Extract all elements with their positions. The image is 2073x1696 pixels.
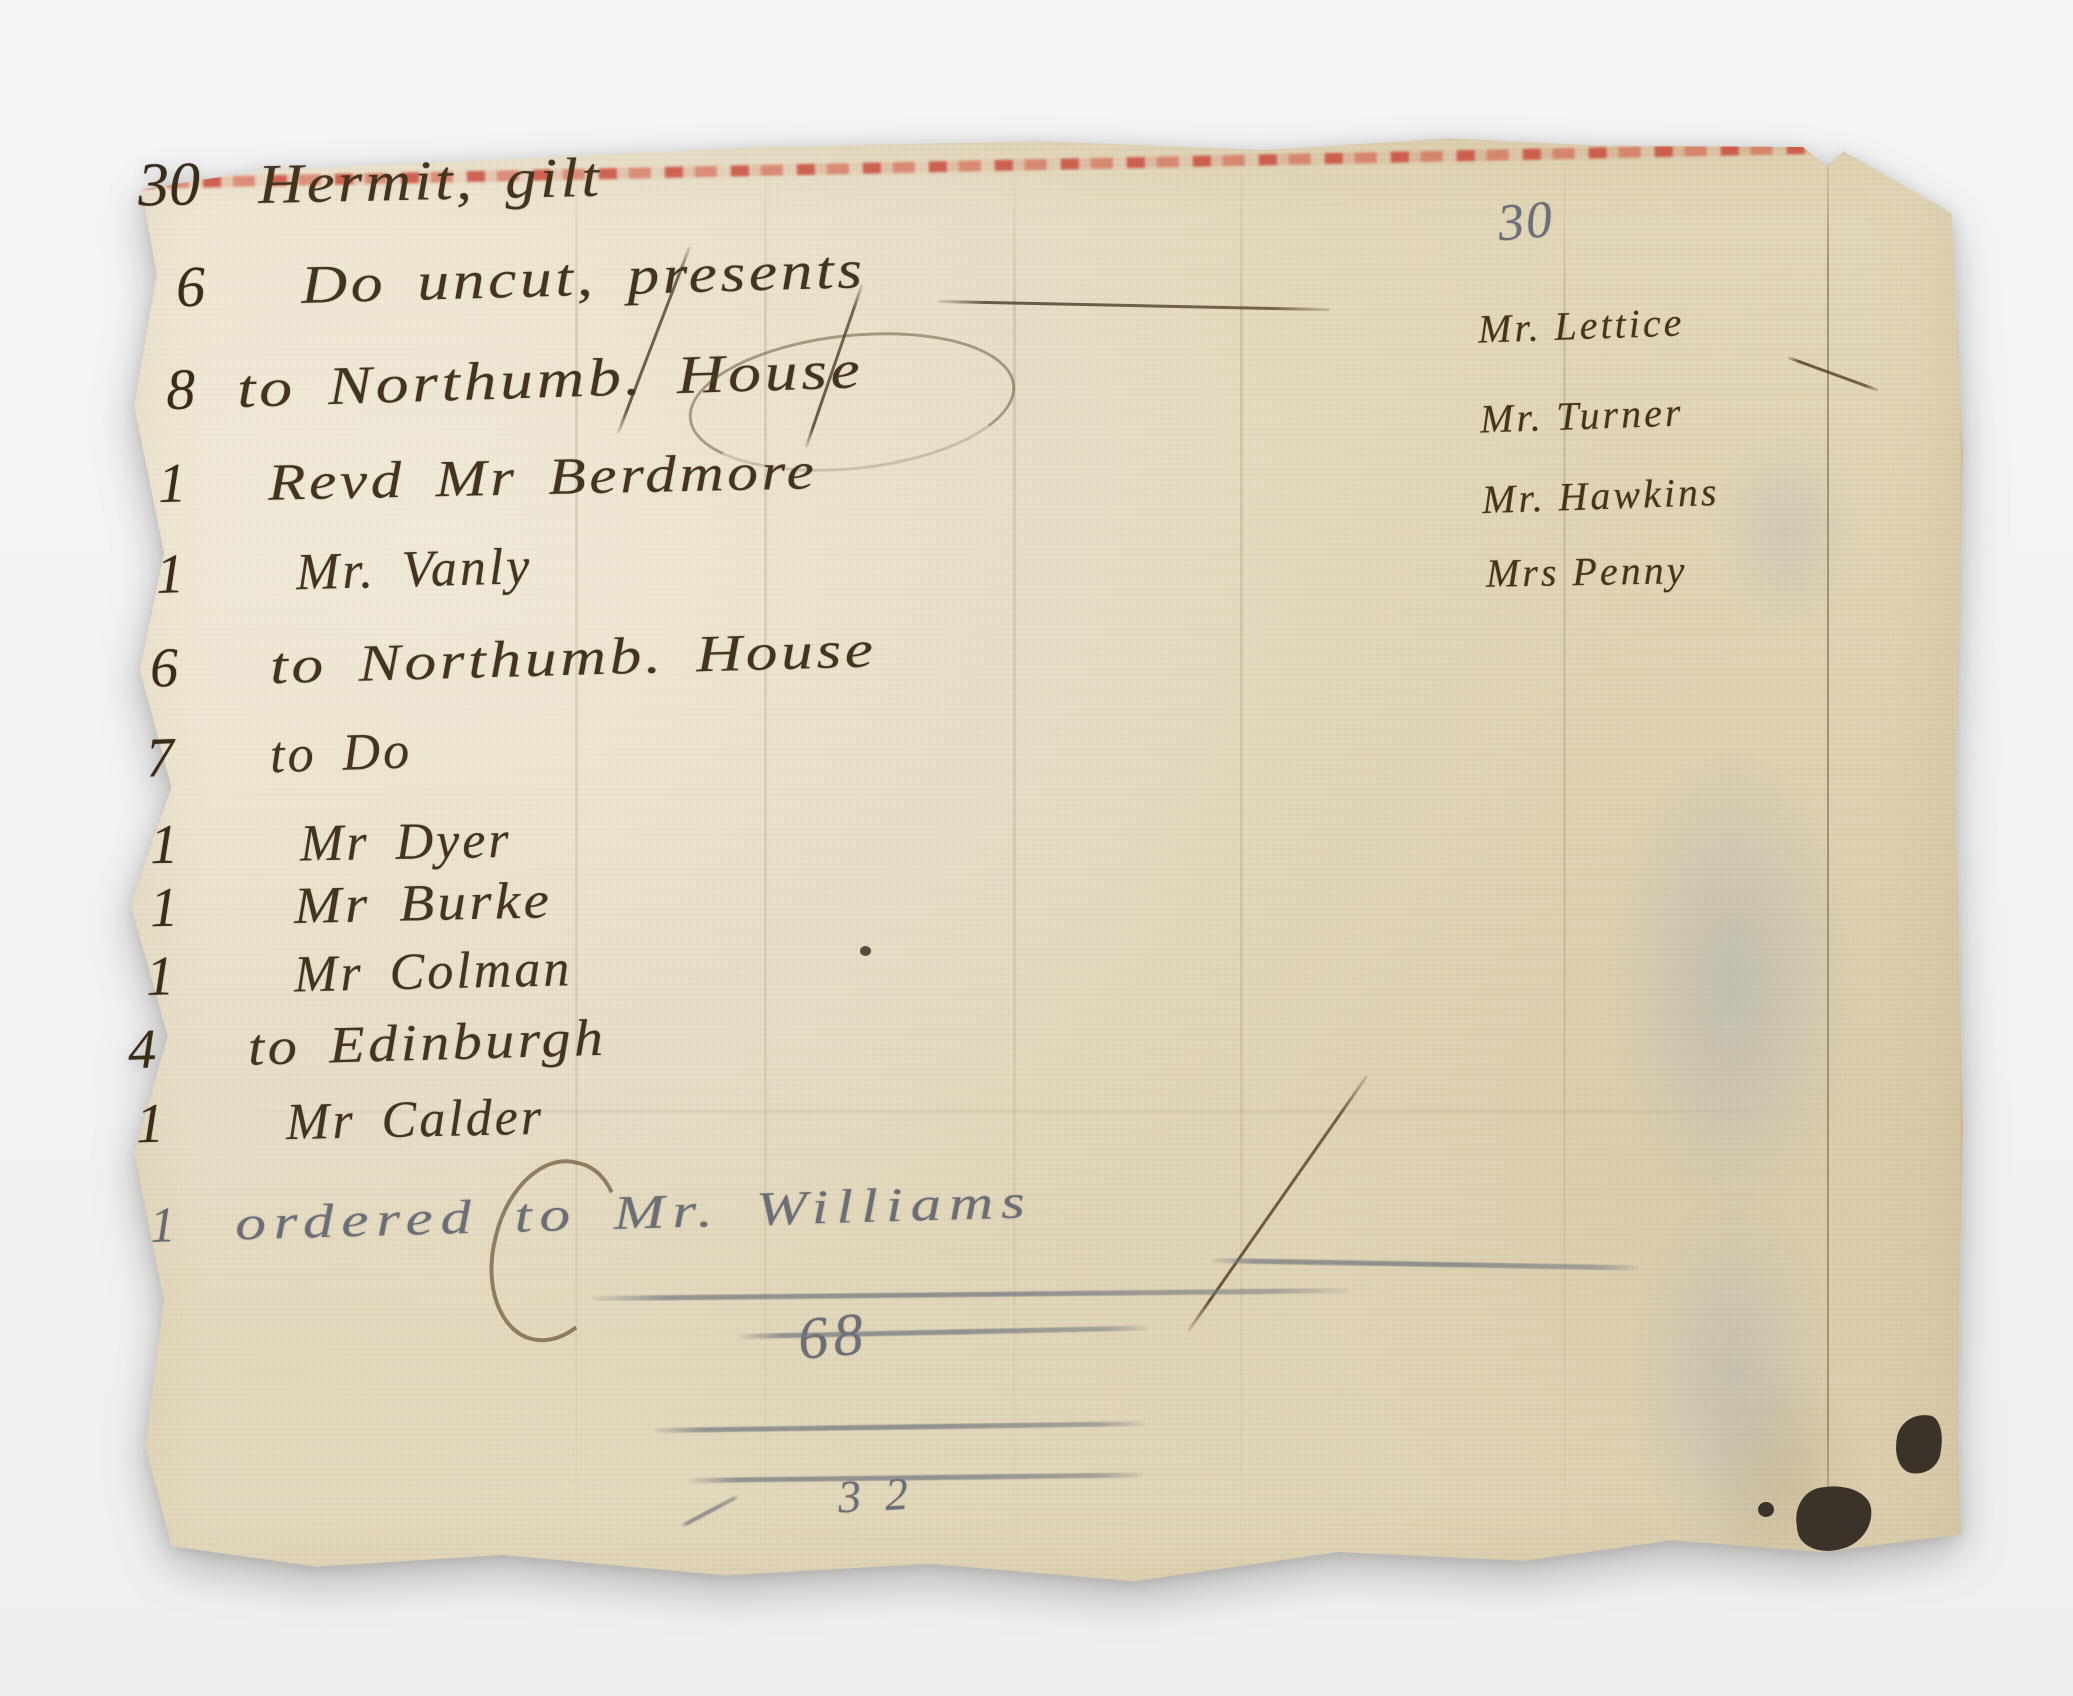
recipient-name: Mr. Lettice — [1477, 302, 1685, 349]
item-quantity: 8 — [165, 360, 196, 419]
ink-blot — [1758, 1502, 1774, 1517]
fold-crease — [1563, 150, 1566, 1571]
item-text: Mr Calder — [286, 1092, 545, 1149]
item-quantity: 1 — [157, 455, 186, 512]
item-quantity: 7 — [145, 730, 175, 787]
item-quantity: 30 — [137, 153, 200, 216]
item-text: Mr Burke — [293, 875, 552, 933]
list-item: 1Mr. Vanly — [155, 537, 533, 603]
ink-speck — [860, 946, 871, 956]
list-item: 1Mr Dyer — [150, 811, 512, 873]
item-text: Hermit, gilt — [257, 150, 602, 213]
side-count: 30 — [1496, 194, 1556, 251]
item-text: Do uncut, presents — [300, 242, 866, 312]
manuscript-paper-wrap: 30Hermit, gilt 6Do uncut, presents 8to N… — [0, 0, 2073, 1696]
scan-background: 30Hermit, gilt 6Do uncut, presents 8to N… — [0, 0, 2073, 1696]
item-quantity: 1 — [150, 817, 179, 873]
fold-crease — [1240, 150, 1243, 1571]
list-item: 7to Do — [145, 721, 413, 786]
item-quantity: 1 — [149, 1199, 175, 1250]
item-text: to Do — [269, 725, 413, 782]
item-text: Mr Dyer — [300, 815, 512, 871]
list-item: 1Mr Colman — [145, 939, 572, 1005]
recipient-name: Mr. Turner — [1479, 392, 1684, 439]
fingerprint-smudge — [1698, 1368, 1868, 1598]
item-quantity: 6 — [149, 640, 179, 697]
fold-crease — [1013, 150, 1016, 1571]
item-text: Mr. Vanly — [295, 541, 533, 599]
recipient-name: Mrs Penny — [1486, 550, 1688, 594]
list-item: 4to Edinburgh — [127, 1010, 568, 1078]
list-item: 1Mr Calder — [135, 1088, 544, 1153]
item-quantity: 1 — [149, 880, 178, 937]
list-item: 1Mr Burke — [149, 872, 529, 937]
item-text: to Edinburgh — [247, 1013, 607, 1075]
item-quantity: 4 — [127, 1021, 157, 1078]
item-quantity: 1 — [155, 546, 184, 603]
item-quantity: 6 — [175, 258, 206, 317]
red-painted-edge-right — [1962, 218, 1965, 1508]
list-item: 30Hermit, gilt — [137, 146, 566, 217]
show-through-smudge — [1612, 748, 1852, 1218]
item-quantity: 1 — [145, 948, 174, 1005]
list-item: 1Revd Mr Berdmore — [157, 444, 734, 512]
recipient-name: Mr. Hawkins — [1481, 472, 1720, 520]
item-quantity: 1 — [135, 1096, 164, 1153]
show-through-smudge — [1710, 424, 1860, 634]
item-text: Mr Colman — [293, 943, 572, 1001]
